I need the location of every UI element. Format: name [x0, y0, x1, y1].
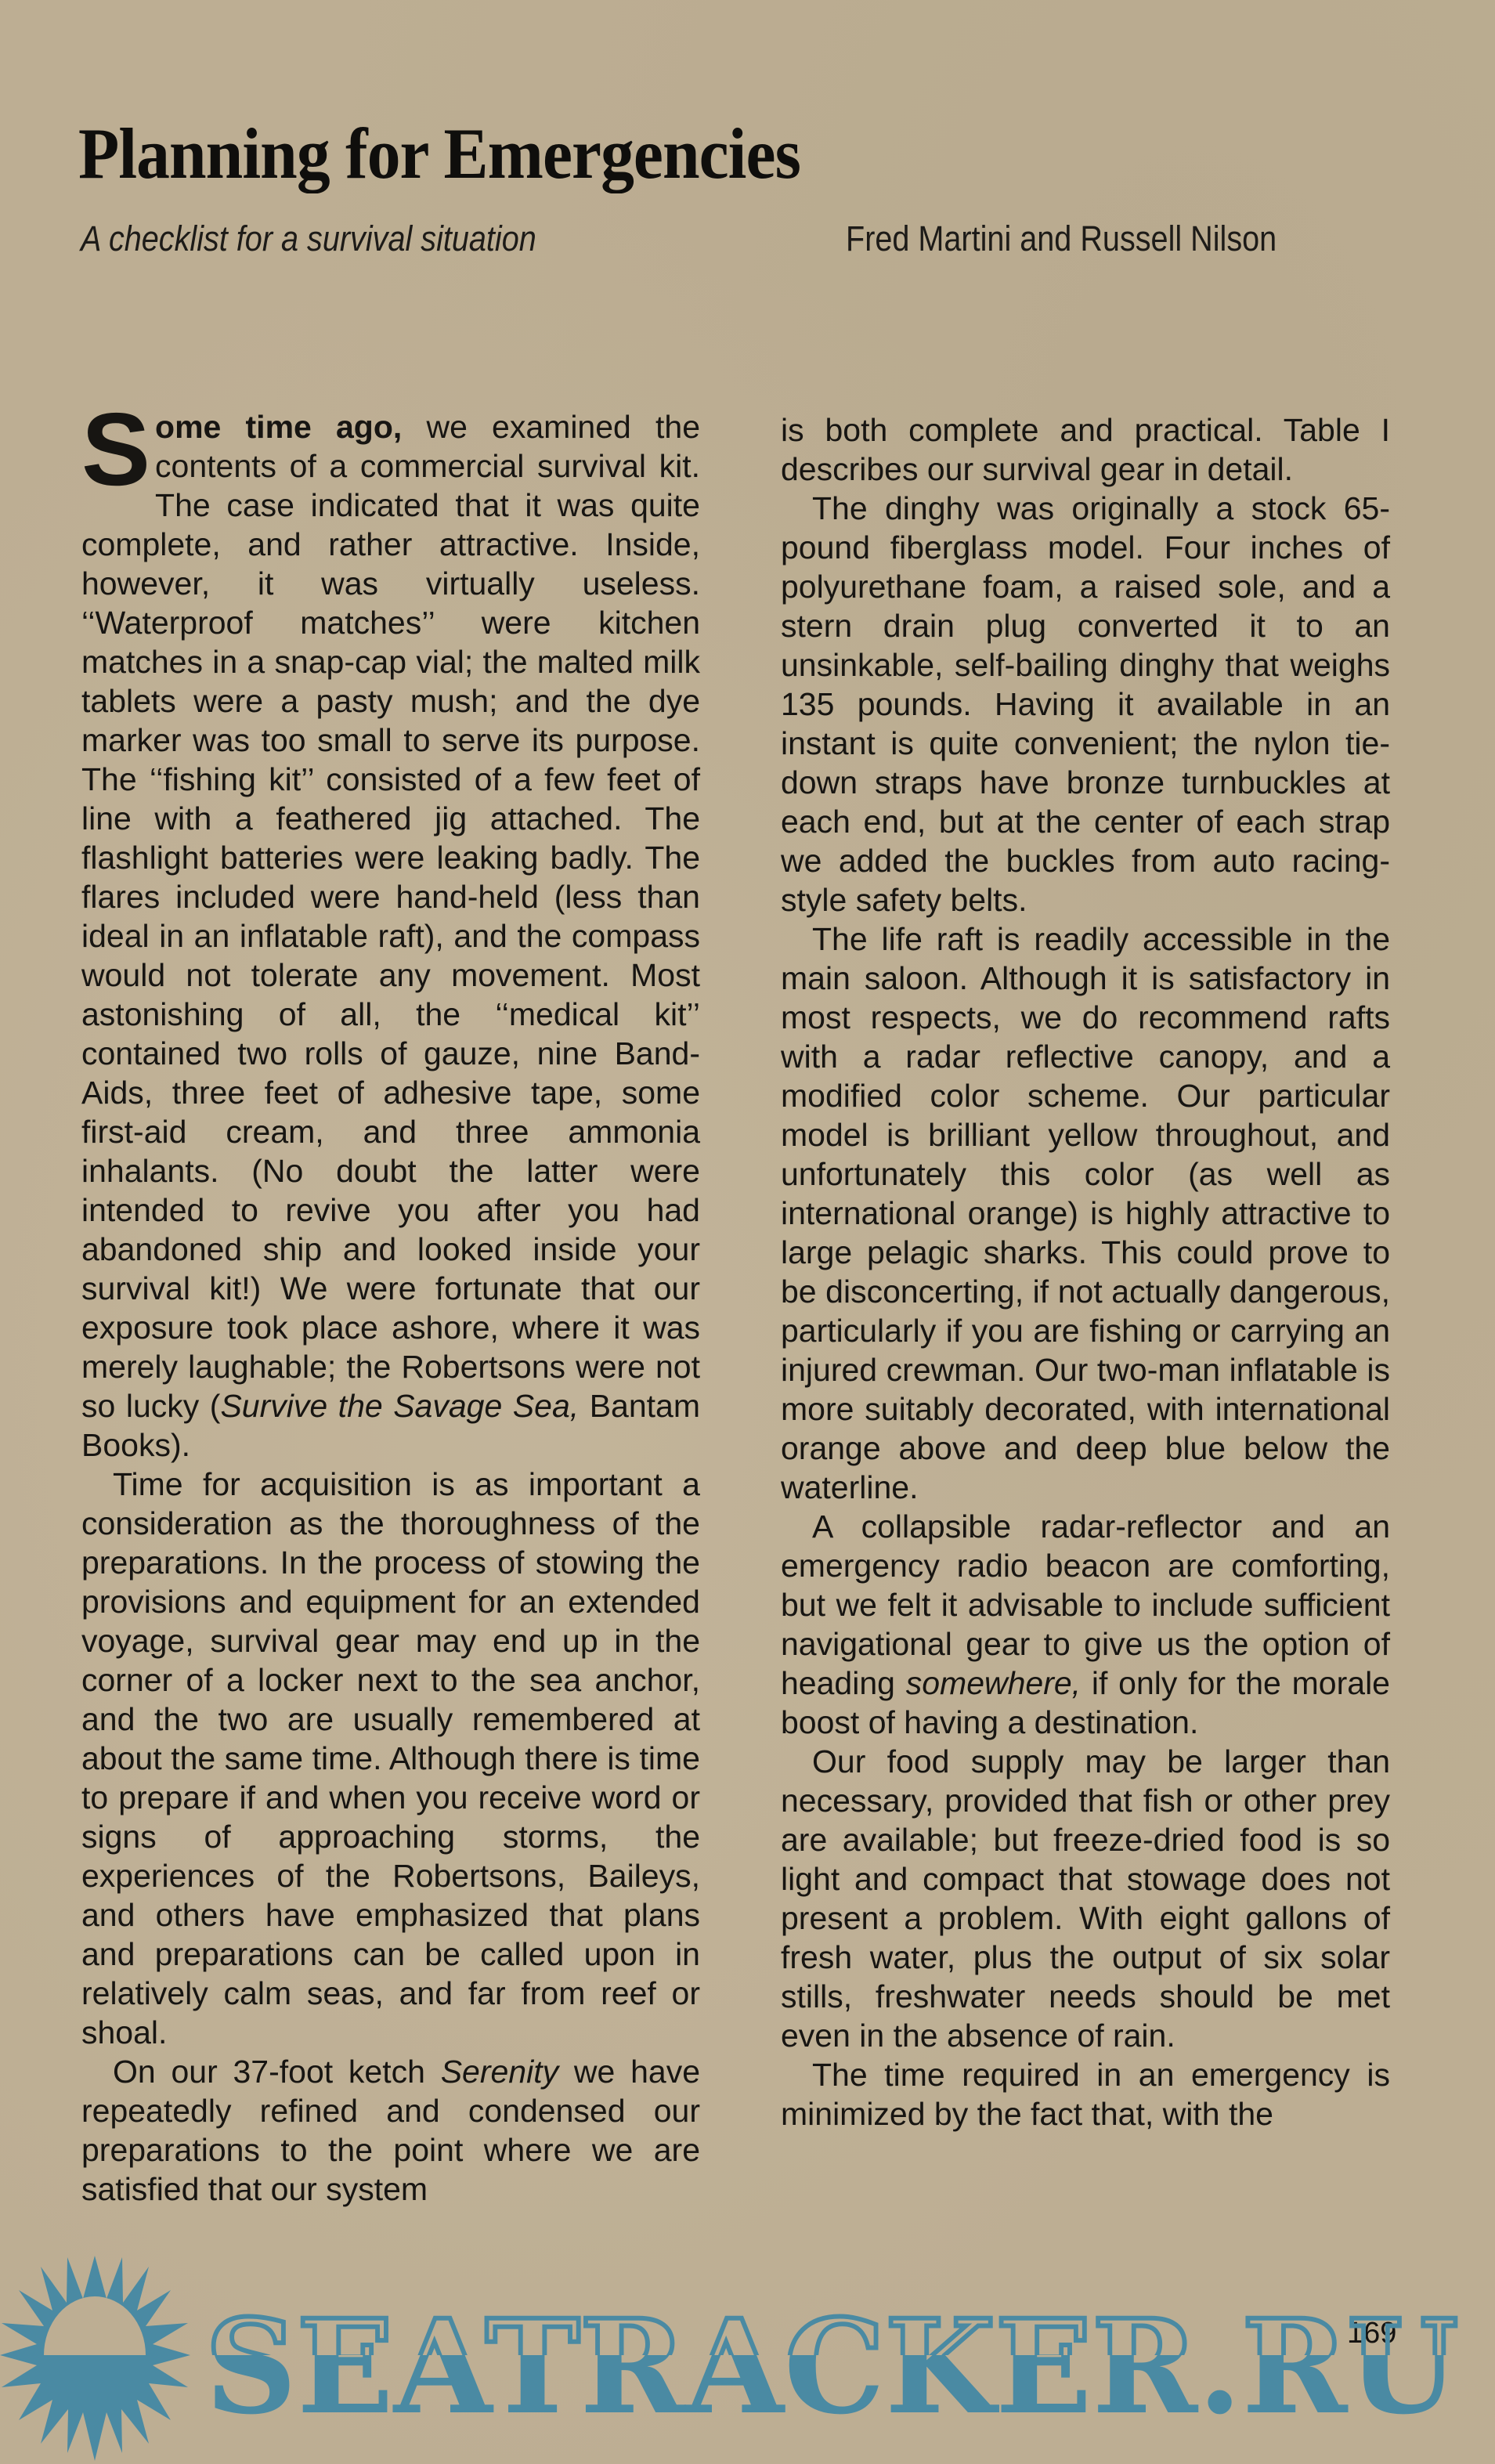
paragraph-time: The time required in an emergency is min… [781, 2055, 1390, 2133]
paragraph-dinghy: The dinghy was originally a stock 65-pou… [781, 489, 1390, 919]
paragraph-text: we examined the contents of a commercial… [81, 409, 700, 1424]
paragraph-food-water: Our food supply may be larger than neces… [781, 1742, 1390, 2055]
paragraph-life-raft: The life raft is readily accessible in t… [781, 919, 1390, 1507]
lead-in: ome time ago, [155, 409, 402, 445]
page-number: 169 [1347, 2317, 1396, 2350]
right-column: is both complete and practical. Table I … [781, 410, 1390, 2133]
left-column: Some time ago, we examined the contents … [81, 407, 700, 2209]
paragraph-navigation: A collapsible radar-reflector and an eme… [781, 1507, 1390, 1742]
author-byline: Fred Martini and Russell Nilson [846, 221, 1277, 256]
boat-name: Serenity [441, 2054, 558, 2090]
paragraph-text: On our 37-foot ketch [113, 2054, 441, 2090]
article-subtitle: A checklist for a survival situation [81, 221, 536, 256]
paragraph-serenity: On our 37-foot ketch Serenity we have re… [81, 2052, 700, 2209]
paragraph-intro: Some time ago, we examined the contents … [81, 407, 700, 1465]
drop-cap: S [81, 410, 150, 489]
article-title: Planning for Emergencies [78, 117, 800, 190]
paragraph-acquisition: Time for acquisition is as important a c… [81, 1465, 700, 2052]
emphasis-text: somewhere, [906, 1665, 1081, 1701]
book-title: Survive the Savage Sea, [220, 1388, 579, 1424]
paragraph-continued: is both complete and practical. Table I … [781, 410, 1390, 489]
